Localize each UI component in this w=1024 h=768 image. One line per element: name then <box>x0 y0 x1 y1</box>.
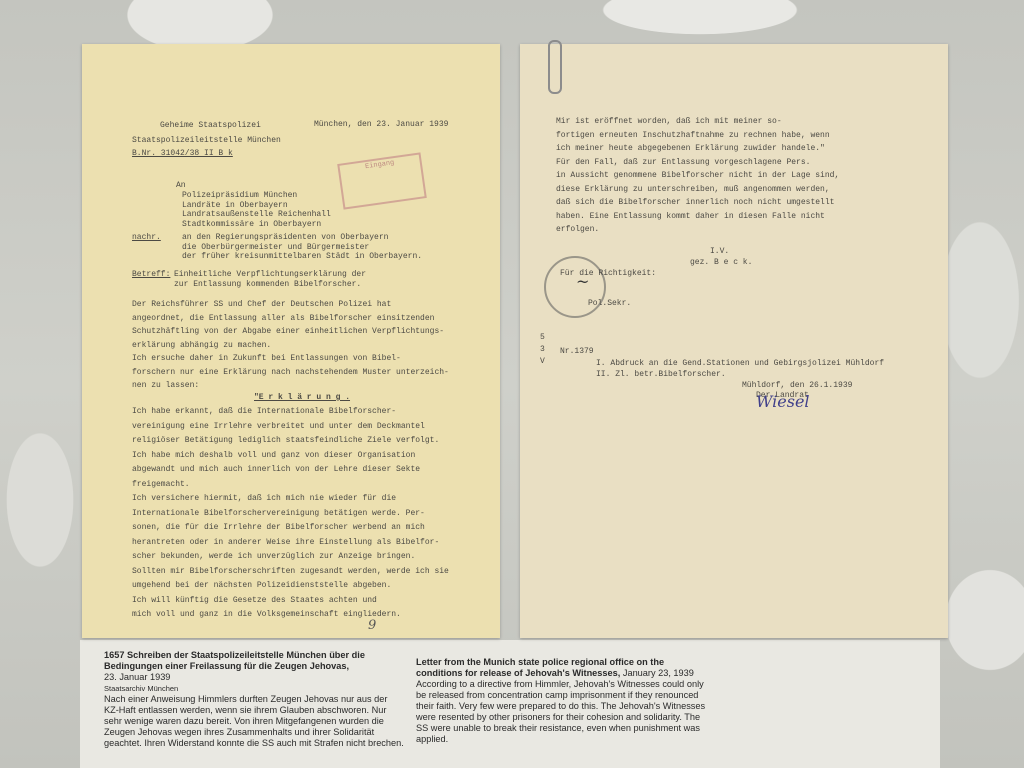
declaration-line: Sollten mir Bibelforscherschriften zuges… <box>132 566 449 578</box>
signoff: I.V. <box>710 246 729 258</box>
body-line: erklärung abhängig zu machen. <box>132 340 271 352</box>
office-subunit: Staatspolizeileitstelle München <box>132 135 281 147</box>
certification-role: Pol.Sekr. <box>588 298 631 310</box>
declaration-line: vereinigung eine Irrlehre verbreitet und… <box>132 421 425 433</box>
receipt-stamp: Eingang <box>337 152 427 209</box>
body-line: diese Erklärung zu unterschreiben, muß a… <box>556 184 830 196</box>
declaration-line: Ich will künftig die Gesetze des Staates… <box>132 595 377 607</box>
caption-de-title: Schreiben der Staatspolizeileitstelle Mü… <box>104 650 365 671</box>
body-line: haben. Eine Entlassung kommt daher in di… <box>556 211 825 223</box>
gestapo-letter-page-1: Geheime Staatspolizei Staatspolizeileits… <box>82 44 500 638</box>
caption-english: Letter from the Munich state police regi… <box>416 657 708 745</box>
declaration-line: scher bekunden, werde ich unverzüglich z… <box>132 551 415 563</box>
body-line: angeordnet, die Entlassung aller als Bib… <box>132 313 434 325</box>
side-mark: V <box>540 356 545 368</box>
file-reference: Nr.1379 <box>560 346 594 358</box>
body-line: fortigen erneuten Inschutzhaftnahme zu r… <box>556 130 830 142</box>
body-line: daß sich die Bibelforscher innerlich noc… <box>556 197 834 209</box>
body-line: Mir ist eröffnet worden, daß ich mit mei… <box>556 116 782 128</box>
body-line: erfolgen. <box>556 224 599 236</box>
caption-de-text: Nach einer Anweisung Himmlers durften Ze… <box>104 694 404 748</box>
caption-de-source: Staatsarchiv München <box>104 684 178 693</box>
gestapo-letter-page-2: Mir ist eröffnet worden, daß ich mit mei… <box>520 44 948 638</box>
caption-german: 1657 Schreiben der Staatspolizeileitstel… <box>104 650 404 749</box>
declaration-title: "E r k l ä r u n g . <box>254 392 350 404</box>
cc-line: der früher kreisunmittelbaren Städt in O… <box>182 251 422 263</box>
body-line: forschern nur eine Erklärung nach nachst… <box>132 367 449 379</box>
declaration-line: mich voll und ganz in die Volksgemeinsch… <box>132 609 401 621</box>
declaration-line: umgehend bei der nächsten Polizeidiensts… <box>132 580 391 592</box>
body-line: Schutzhäftling von der Abgabe einer einh… <box>132 326 444 338</box>
declaration-line: herantreten oder in anderer Weise ihre E… <box>132 537 439 549</box>
certifier-signature: ~ <box>576 276 589 288</box>
side-mark: 3 <box>540 344 545 356</box>
body-line: nen zu lassen: <box>132 380 199 392</box>
body-line: Der Reichsführer SS und Chef der Deutsch… <box>132 299 391 311</box>
side-mark: 5 <box>540 332 545 344</box>
declaration-line: freigemacht. <box>132 479 190 491</box>
body-line: ich meiner heute abgegebenen Erklärung z… <box>556 143 825 155</box>
paper-clip-icon <box>548 40 562 94</box>
recipient-line: Stadtkommissäre in Oberbayern <box>182 219 321 231</box>
subject-label: Betreff: <box>132 269 170 281</box>
declaration-line: Internationale Bibelforschervereinigung … <box>132 508 425 520</box>
declaration-line: Ich habe mich deshalb voll und ganz von … <box>132 450 415 462</box>
page-number: 9 <box>368 620 376 632</box>
declaration-line: sonen, die für die Irrlehre der Bibelfor… <box>132 522 425 534</box>
subject-line: zur Entlassung kommenden Bibelforscher. <box>174 279 361 291</box>
declaration-line: religiöser Betätigung lediglich staatsfe… <box>132 435 439 447</box>
certification: Für die Richtigkeit: <box>560 268 656 280</box>
declaration-line: abgewandt und mich auch innerlich von de… <box>132 464 420 476</box>
landrat-signature: Wiesel <box>756 396 810 408</box>
reference-number: B.Nr. 31042/38 II B k <box>132 148 233 160</box>
signer: gez. B e c k. <box>690 257 752 269</box>
caption-en-date: January 23, 1939 <box>623 668 694 678</box>
declaration-line: Ich habe erkannt, daß die Internationale… <box>132 406 396 418</box>
place-date: München, den 23. Januar 1939 <box>314 119 448 131</box>
distribution-line: II. Zl. betr.Bibelforscher. <box>596 369 726 381</box>
body-line: Ich ersuche daher in Zukunft bei Entlass… <box>132 353 401 365</box>
exhibit-number: 1657 <box>104 650 124 660</box>
body-line: in Aussicht genommene Bibelforscher nich… <box>556 170 839 182</box>
declaration-line: Ich versichere hiermit, daß ich mich nie… <box>132 493 396 505</box>
caption-de-date: 23. Januar 1939 <box>104 672 170 682</box>
distribution-line: I. Abdruck an die Gend.Stationen und Geb… <box>596 358 884 370</box>
body-line: Für den Fall, daß zur Entlassung vorgesc… <box>556 157 810 169</box>
office-name: Geheime Staatspolizei <box>160 120 261 132</box>
caption-en-text: According to a directive from Himmler, J… <box>416 679 705 744</box>
cc-label: nachr. <box>132 232 161 244</box>
